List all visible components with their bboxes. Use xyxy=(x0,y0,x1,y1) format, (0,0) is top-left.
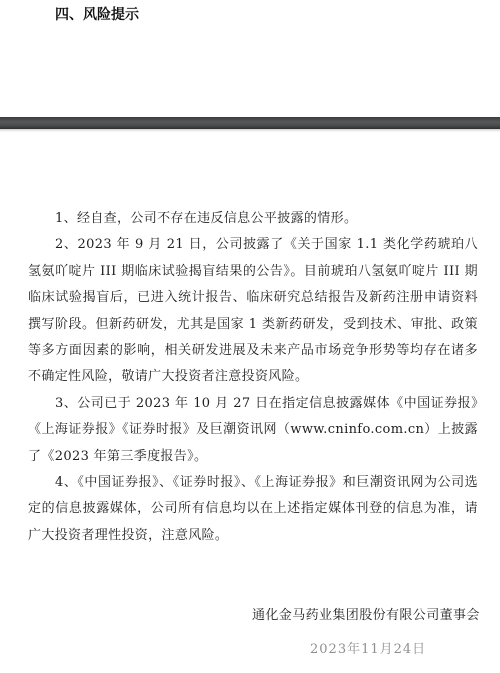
paragraph-3: 3、公司已于 2023 年 10 月 27 日在指定信息披露媒体《中国证券报》《… xyxy=(28,391,478,470)
paragraph-1: 1、经自查，公司不存在违反信息公平披露的情形。 xyxy=(28,206,478,232)
page-divider-shadow xyxy=(0,129,500,132)
section-heading: 四、风险提示 xyxy=(55,4,139,24)
paragraph-4: 4、《中国证券报》、《证券时报》、《上海证券报》和巨潮资讯网为公司选定的信息披露… xyxy=(28,470,478,549)
page-divider xyxy=(0,117,500,129)
paragraph-2: 2、2023 年 9 月 21 日，公司披露了《关于国家 1.1 类化学药琥珀八… xyxy=(28,232,478,390)
risk-notice-body: 1、经自查，公司不存在违反信息公平披露的情形。 2、2023 年 9 月 21 … xyxy=(28,206,478,549)
signature-date: 2023年11月24日 xyxy=(310,638,426,657)
signature-company: 通化金马药业集团股份有限公司董事会 xyxy=(252,604,482,623)
